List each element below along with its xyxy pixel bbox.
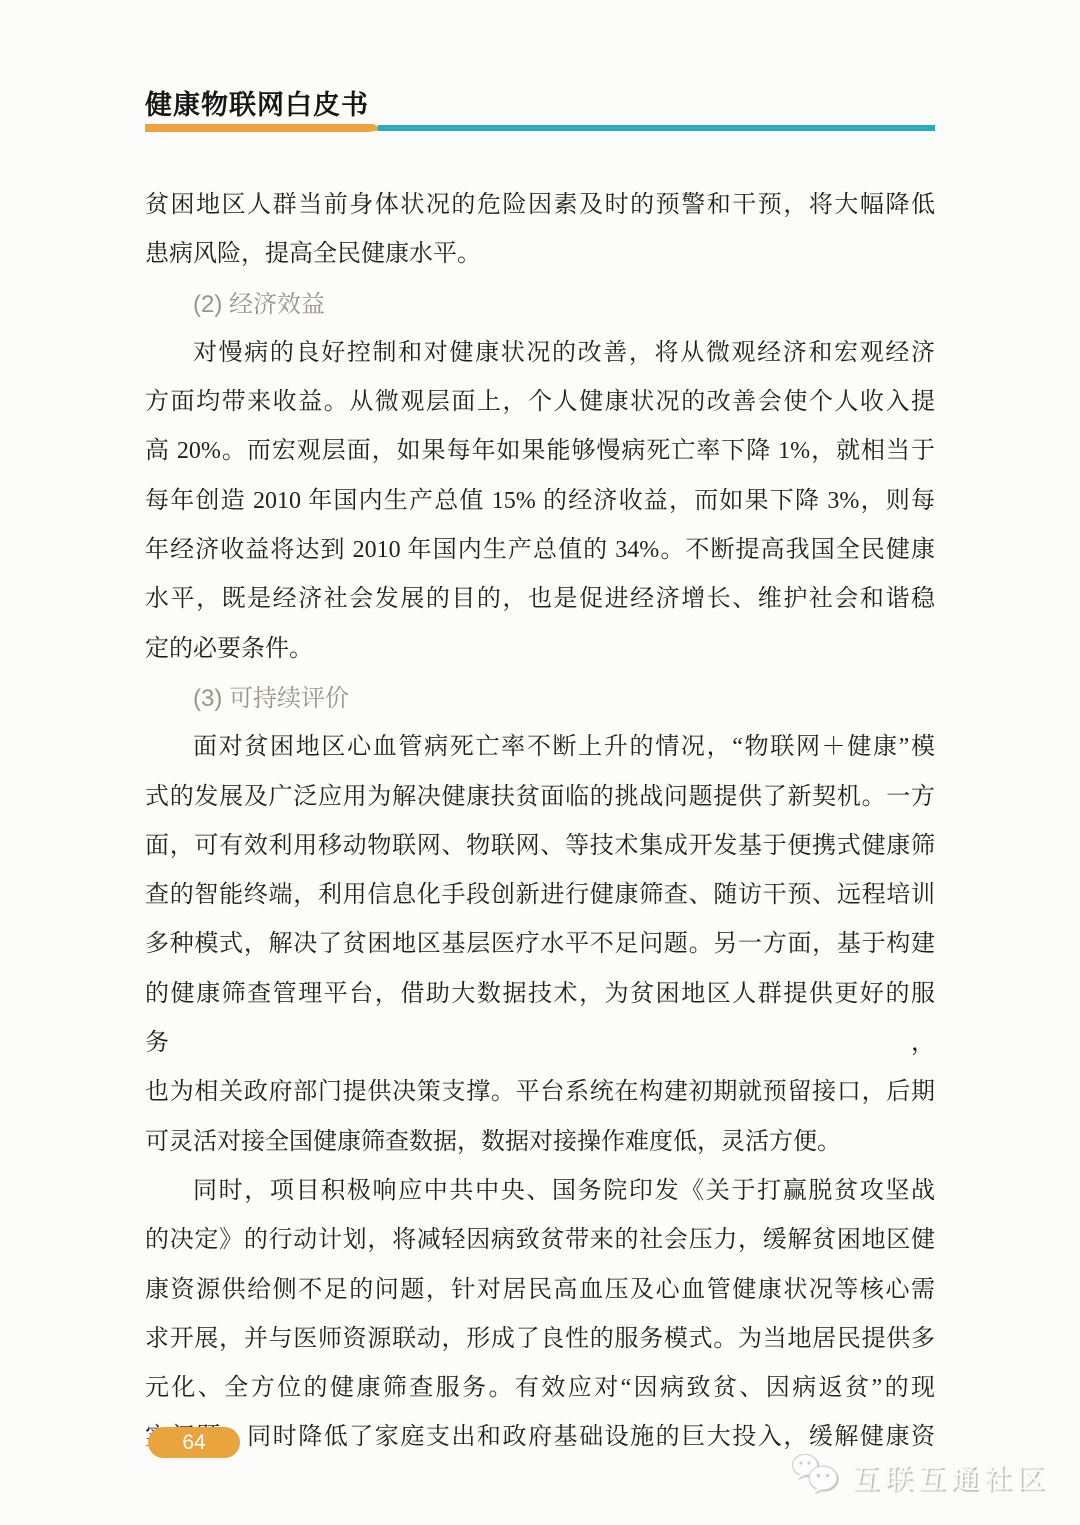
text-line: 对慢病的良好控制和对健康状况的改善，将从微观经济和宏观经济 xyxy=(145,329,935,378)
text-line: 年经济收益将达到 2010 年国内生产总值的 34%。不断提高我国全民健康 xyxy=(145,526,935,575)
text-line: 可灵活对接全国健康筛查数据，数据对接操作难度低，灵活方便。 xyxy=(145,1118,935,1167)
text-line: 贫困地区人群当前身体状况的危险因素及时的预警和干预，将大幅降低 xyxy=(145,181,935,230)
text-line: 面，可有效利用移动物联网、物联网、等技术集成开发基于便携式健康筛 xyxy=(145,822,935,871)
underline-orange-segment xyxy=(145,124,385,132)
document-title: 健康物联网白皮书 xyxy=(145,90,935,120)
title-underline xyxy=(145,124,935,133)
text-line: 式的发展及广泛应用为解决健康扶贫面临的挑战问题提供了新契机。一方 xyxy=(145,773,935,822)
page-header: 健康物联网白皮书 xyxy=(145,90,935,133)
text-line: 康资源供给侧不足的问题，针对居民高血压及心血管健康状况等核心需 xyxy=(145,1266,935,1315)
text-line: 也为相关政府部门提供决策支撑。平台系统在构建初期就预留接口，后期 xyxy=(145,1068,935,1117)
text-line: 每年创造 2010 年国内生产总值 15% 的经济收益，而如果下降 3%，则每 xyxy=(145,477,935,526)
watermark-label: 互联互通社区 xyxy=(852,1457,1050,1497)
underline-teal-segment xyxy=(378,125,935,131)
text-line: 多种模式，解决了贫困地区基层医疗水平不足问题。另一方面，基于构建 xyxy=(145,920,935,969)
text-line: 查的智能终端，利用信息化手段创新进行健康筛查、随访干预、远程培训 xyxy=(145,871,935,920)
page-number-badge: 64 xyxy=(148,1427,240,1458)
text-line: 定的必要条件。 xyxy=(145,625,935,674)
text-line: 的决定》的行动计划，将减轻因病致贫带来的社会压力，缓解贫困地区健 xyxy=(145,1216,935,1265)
article: 贫困地区人群当前身体状况的危险因素及时的预警和干预，将大幅降低患病风险，提高全民… xyxy=(145,181,935,1463)
text-line: 高 20%。而宏观层面，如果每年如果能够慢病死亡率下降 1%，就相当于 xyxy=(145,427,935,476)
text-line: 的健康筛查管理平台，借助大数据技术，为贫困地区人群提供更好的服务， xyxy=(145,970,935,1069)
text-line: 面对贫困地区心血管病死亡率不断上升的情况，“物联网＋健康”模 xyxy=(145,723,935,772)
document-page: 健康物联网白皮书 贫困地区人群当前身体状况的危险因素及时的预警和干预，将大幅降低… xyxy=(0,0,1080,1525)
text-line: 患病风险，提高全民健康水平。 xyxy=(145,230,935,279)
section-heading: (3) 可持续评价 xyxy=(145,674,935,723)
text-line: 方面均带来收益。从微观层面上，个人健康状况的改善会使个人收入提 xyxy=(145,378,935,427)
text-line: 元化、全方位的健康筛查服务。有效应对“因病致贫、因病返贫”的现 xyxy=(145,1364,935,1413)
text-line: 同时，项目积极响应中共中央、国务院印发《关于打赢脱贫攻坚战 xyxy=(145,1167,935,1216)
section-heading: (2) 经济效益 xyxy=(145,280,935,329)
text-line: 水平，既是经济社会发展的目的，也是促进经济增长、维护社会和谐稳 xyxy=(145,575,935,624)
text-line: 求开展，并与医师资源联动，形成了良性的服务模式。为当地居民提供多 xyxy=(145,1315,935,1364)
chat-bubbles-icon xyxy=(790,1452,842,1501)
watermark: 互联互通社区 xyxy=(790,1452,1050,1501)
